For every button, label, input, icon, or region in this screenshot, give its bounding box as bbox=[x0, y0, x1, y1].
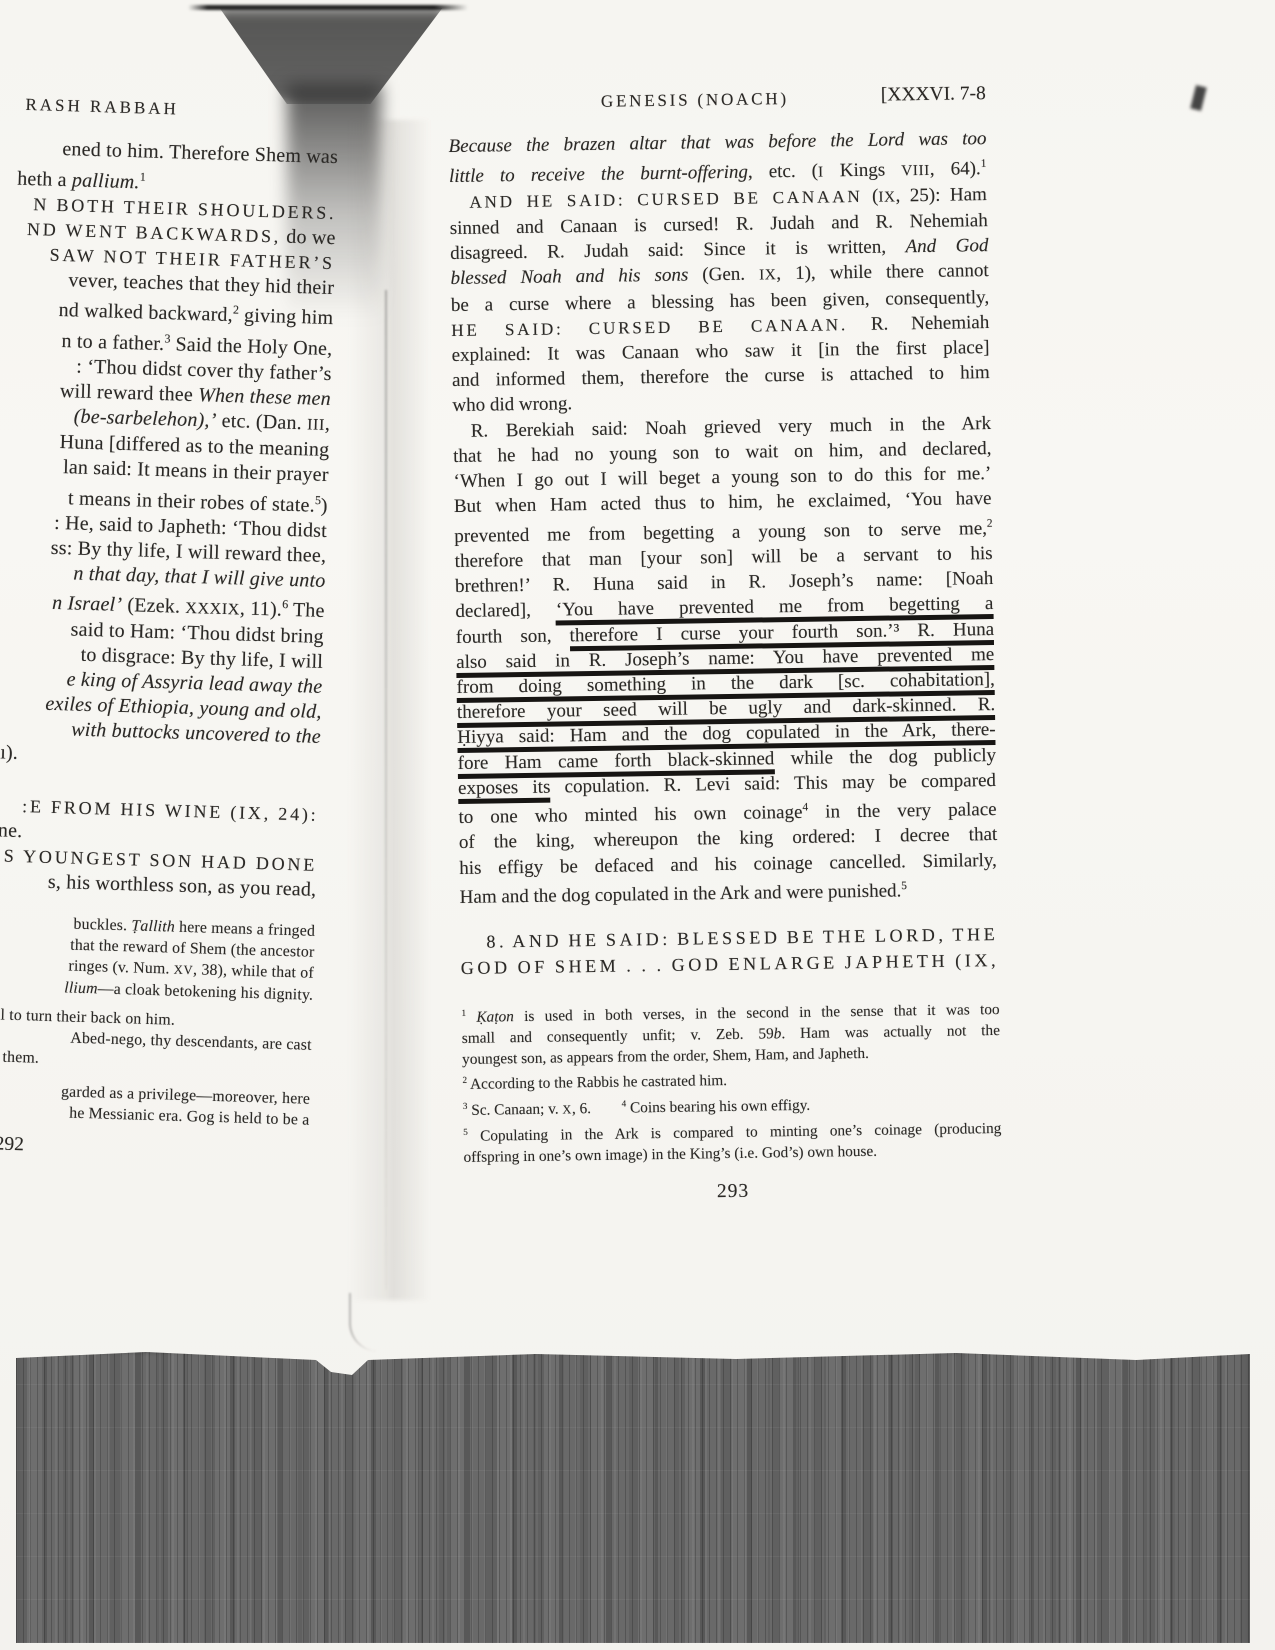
book-fore-edge-scan-band bbox=[16, 1348, 1250, 1643]
running-title-right: GENESIS (NOACH) bbox=[448, 85, 942, 116]
right-page-footnotes: 1 Ḳaṭon is used in both verses, in the s… bbox=[461, 995, 1001, 1169]
left-page-body-text: ened to him. Therefore Shem washeth a pa… bbox=[0, 135, 338, 903]
page-gutter-line bbox=[385, 290, 387, 1290]
left-page: RASH RABBAH ened to him. Therefore Shem … bbox=[0, 91, 340, 1165]
section-reference: [XXXVI. 7-8 bbox=[881, 82, 986, 108]
verse-heading: 8. AND HE SAID: BLESSED BE THE LORD, THE… bbox=[460, 922, 999, 980]
left-page-footnotes: buckles. Ṭallith here means a fringedtha… bbox=[0, 911, 315, 1131]
page-number-left: 292 bbox=[0, 1133, 309, 1165]
page-edge-curve bbox=[349, 1293, 377, 1351]
right-page-body-text: Because the brazen altar that was before… bbox=[448, 126, 997, 910]
right-page: GENESIS (NOACH) [XXXVI. 7-8 Because the … bbox=[448, 84, 1002, 1207]
page-gutter-shade bbox=[348, 120, 430, 1300]
scanned-book-page: { "colors":{"paper":"#f6f5f1","ink":"#2b… bbox=[0, 0, 1275, 1650]
running-title-left: RASH RABBAH bbox=[5, 91, 340, 127]
scan-edge-ink-mark bbox=[1190, 85, 1206, 111]
book-spine-shadow-top-line bbox=[188, 5, 468, 10]
running-head-right: GENESIS (NOACH) [XXXVI. 7-8 bbox=[448, 84, 986, 118]
book-spine-shadow-funnel bbox=[215, 8, 447, 104]
page-number-right: 293 bbox=[464, 1177, 1002, 1207]
